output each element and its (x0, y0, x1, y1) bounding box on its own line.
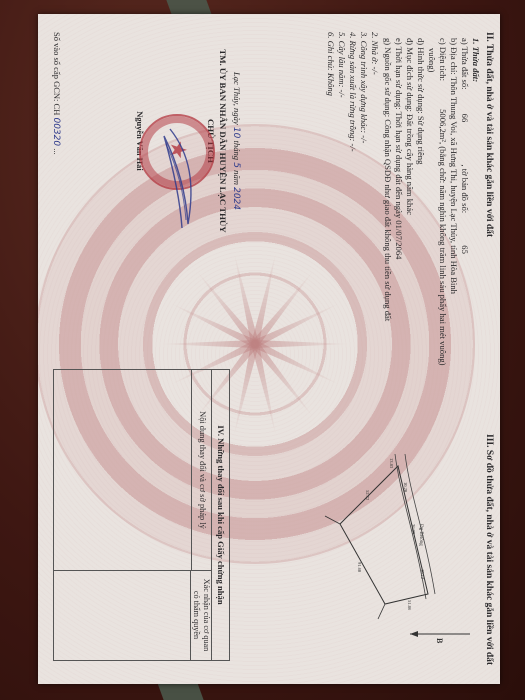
use-term-row: e) Thời hạn sử dụng: Thời hạn sử dụng đấ… (394, 38, 404, 259)
issuing-org: TM. ỦY BAN NHÂN DÂN HUYỆN LẠC THỦY (218, 26, 228, 256)
perennial-trees-row: 5. Cây lâu năm: -/- (337, 32, 347, 98)
certificate-page: II. Thửa đất, nhà ở và tài sản khác gắn … (38, 14, 500, 684)
svg-text:36.99: 36.99 (411, 524, 416, 535)
changes-content-cell (54, 370, 192, 571)
use-purpose-row: đ) Mục đích sử dụng: Đất trồng cây hàng … (405, 38, 415, 215)
certificate-sheet: II. Thửa đất, nhà ở và tài sản khác gắn … (38, 14, 500, 684)
plot-number-row: a) Thửa đất số: 66 , tờ bản đồ số: 65 (460, 38, 470, 254)
year-value: 2024 (231, 187, 241, 210)
planted-forest-row: 4. Rừng sản xuất là rừng trồng: -/- (348, 32, 358, 152)
svg-text:52.72: 52.72 (365, 490, 370, 500)
drum-ray-icon (255, 340, 350, 348)
drum-ray-icon (160, 340, 255, 348)
signature-scribble-icon (155, 124, 200, 234)
section-iii-title: III. Sơ đồ thửa đất, nhà ở và tài sản kh… (484, 434, 494, 665)
month-value: 5 (231, 162, 241, 168)
road-label: Đg Bêtông (418, 524, 423, 546)
svg-text:51.86: 51.86 (407, 600, 412, 611)
authority-confirmation-header: Xác nhận của cơ quan có thẩm quyền (190, 570, 212, 660)
serial-label: Số vào sổ cấp GCN: CH (52, 32, 62, 115)
map-sheet-value: 65 (460, 245, 470, 254)
svg-text:91.60: 91.60 (357, 562, 362, 573)
use-form-row: d) Hình thức sử dụng: Sử dụng riêng (416, 38, 426, 164)
section-ii-title: II. Thửa đất, nhà ở và tài sản khác gắn … (484, 32, 494, 237)
plot-number-value: 66 (460, 114, 470, 123)
serial-number-row: Số vào sổ cấp GCN: CH 00320 ... (51, 32, 62, 155)
house-row: 2. Nhà ở: -/- (370, 32, 380, 75)
other-construction-row: 3. Công trình xây dựng khác: -/- (359, 32, 369, 143)
area-row: c) Diện tích: 5006,2m², (bằng chữ: năm n… (438, 38, 448, 366)
map-sheet-label: , tờ bản đồ số: (460, 164, 470, 213)
area-value: 5006,2m², (bằng chữ: năm nghìn không tră… (438, 109, 448, 365)
drum-ray-icon (253, 340, 342, 388)
notes-row: 6. Ghi chú: Không (326, 32, 336, 96)
area-continuation: vuông) (427, 48, 437, 72)
plot-number-label: a) Thửa đất số: (460, 38, 470, 90)
svg-text:10.20: 10.20 (403, 482, 408, 493)
day-value: 10 (231, 127, 241, 138)
svg-text:B: B (435, 638, 444, 644)
land-plot-heading: 1. Thửa đất: (471, 38, 481, 82)
use-origin-row: g) Nguồn gốc sử dụng: Công nhận QSDĐ như… (383, 38, 393, 321)
svg-text:10.12: 10.12 (420, 569, 425, 579)
date-line: Lạc Thủy, ngày 10 tháng 5 năm 2024 (231, 26, 242, 256)
drum-ray-icon (168, 299, 257, 347)
north-arrow-icon: B (405, 614, 475, 654)
address-row: b) Địa chỉ: Thôn Thung Voi, xã Hưng Thi,… (449, 38, 459, 294)
changes-table: IV. Những thay đổi sau khi cấp Giấy chứn… (53, 369, 230, 661)
section-iv-title: IV. Những thay đổi sau khi cấp Giấy chứn… (211, 370, 229, 660)
area-label: c) Diện tích: (438, 38, 448, 81)
svg-text:13.83: 13.83 (389, 458, 394, 469)
serial-value: 00320 (51, 117, 61, 146)
drum-ray-icon (253, 299, 342, 347)
changes-content-header: Nội dung thay đổi và cơ sở pháp lý (191, 370, 212, 571)
